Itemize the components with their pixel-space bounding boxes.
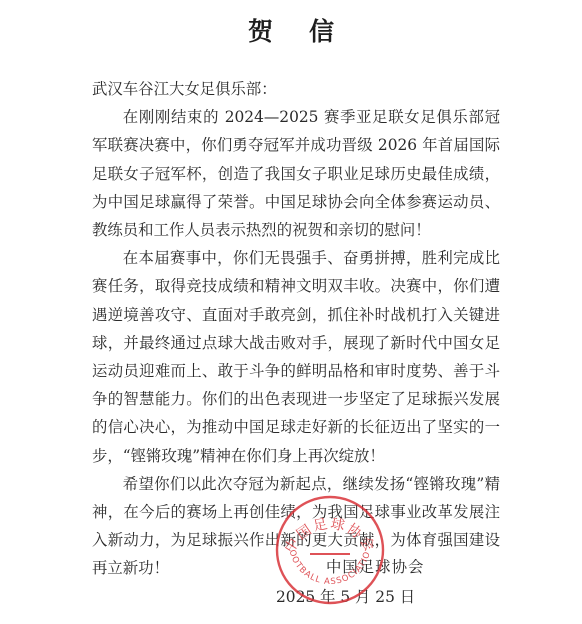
- letter-title: 贺信: [0, 12, 582, 48]
- paragraph-3: 希望你们以此次夺冠为新起点，继续发扬“铿锵玫瑰”精神，在今后的赛场上再创佳绩，为…: [92, 470, 500, 583]
- paragraph-2: 在本届赛事中，你们无畏强手、奋勇拼搏，胜利完成比赛任务，取得竞技成绩和精神文明双…: [92, 244, 500, 470]
- organization-name: 中国足球协会: [326, 555, 424, 577]
- date-text: 2025 年 5 月 25 日: [276, 585, 415, 607]
- salutation: 武汉车谷江大女足俱乐部：: [92, 75, 500, 103]
- paragraph-1: 在刚刚结束的 2024—2025 赛季亚足联女足俱乐部冠军联赛决赛中，你们勇夺冠…: [92, 103, 500, 244]
- letter-body: 武汉车谷江大女足俱乐部： 在刚刚结束的 2024—2025 赛季亚足联女足俱乐部…: [92, 75, 500, 583]
